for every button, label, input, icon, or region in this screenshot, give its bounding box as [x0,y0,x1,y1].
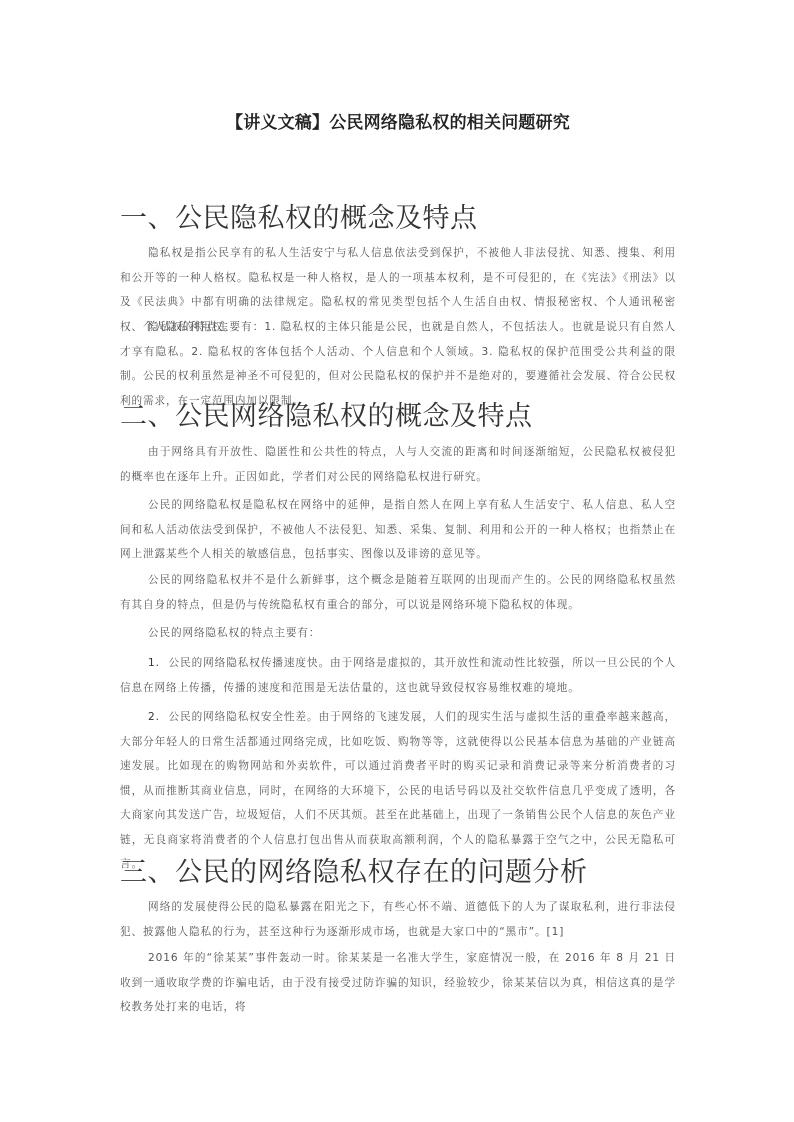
section-2-paragraph-4: 公民的网络隐私权的特点主要有： [120,621,676,646]
section-heading-3: 三、公民的网络隐私权存在的问题分析 [120,850,588,889]
document-title: 【讲义文稿】公民网络隐私权的相关问题研究 [120,108,676,133]
section-2-paragraph-1: 由于网络具有开放性、隐匿性和公共性的特点，人与人交流的距离和时间逐渐缩短，公民隐… [120,440,676,489]
list-item-number: 2. [148,711,160,723]
section-3-paragraph-1: 网络的发展使得公民的隐私暴露在阳光之下，有些心怀不端、道德低下的人为了谋取私利，… [120,895,676,944]
section-3-paragraph-2: 2016 年的“徐某某”事件轰动一时。徐某某是一名准大学生，家庭情况一般，在 2… [120,946,676,1020]
section-2-paragraph-2: 公民的网络隐私权是隐私权在网络中的延伸，是指自然人在网上享有私人生活安宁、私人信… [120,493,676,567]
list-item-1: 1. 公民的网络隐私权传播速度快。由于网络是虚拟的，其开放性和流动性比较强，所以… [120,651,676,700]
section-heading-2: 二、公民网络隐私权的概念及特点 [120,394,533,433]
list-item-text: 公民的网络隐私权安全性差。由于网络的飞速发展，人们的现实生活与虚拟生活的重叠率越… [120,711,676,870]
section-2-paragraph-3: 公民的网络隐私权并不是什么新鲜事，这个概念是随着互联网的出现而产生的。公民的网络… [120,568,676,617]
section-heading-1: 一、公民隐私权的概念及特点 [120,196,478,235]
list-item-number: 1. [148,657,160,669]
list-item-text: 公民的网络隐私权传播速度快。由于网络是虚拟的，其开放性和流动性比较强，所以一旦公… [120,657,676,694]
